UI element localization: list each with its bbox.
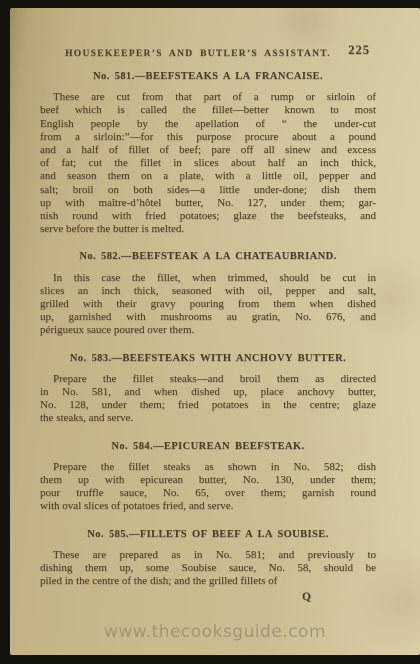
section-paragraph: Prepare the fillet steaks—and broil them… — [40, 373, 376, 426]
section-paragraph: These are prepared as in No. 581; and pr… — [40, 549, 376, 589]
text-line: In this case the fillet, when trimmed, s… — [40, 272, 376, 285]
signature-mark: Q — [40, 591, 376, 604]
text-line: No. 128, under them; fried potatoes in t… — [40, 399, 376, 412]
text-line: serve before the butter is melted. — [40, 223, 376, 236]
text-line: piled in the centre of the dish; and the… — [40, 575, 376, 588]
recipe-section: No. 581.—BEEFSTEAKS A LA FRANCAISE. Thes… — [40, 70, 376, 236]
text-line: These are cut from that part of a rump o… — [40, 91, 376, 104]
text-line: and season them on a plate, with a littl… — [40, 170, 376, 183]
text-line: dishing them up, some Soubise sauce, No.… — [40, 562, 376, 575]
section-heading: No. 585.—FILLETS OF BEEF A LA SOUBISE. — [40, 528, 376, 541]
text-line: English people by the apellation of “ th… — [40, 118, 376, 131]
section-paragraph: Prepare the fillet steaks as shown in No… — [40, 461, 376, 514]
scanned-book-page: HOUSEKEEPER’S AND BUTLER’S ASSISTANT. 22… — [10, 8, 420, 655]
recipe-section: No. 582.—BEEFSTEAK A LA CHATEAUBRIAND. I… — [40, 250, 376, 337]
text-line: périgueux sauce poured over them. — [40, 324, 376, 337]
section-heading: No. 582.—BEEFSTEAK A LA CHATEAUBRIAND. — [40, 250, 376, 263]
text-line: slices an inch thick, seasoned with oil,… — [40, 285, 376, 298]
recipe-sections: No. 581.—BEEFSTEAKS A LA FRANCAISE. Thes… — [40, 70, 376, 589]
section-heading: No. 584.—EPICUREAN BEEFSTEAK. — [40, 440, 376, 453]
text-line: These are prepared as in No. 581; and pr… — [40, 549, 376, 562]
text-line: up, garnished with mushrooms au gratin, … — [40, 311, 376, 324]
text-line: grilled with their gravy pouring from th… — [40, 298, 376, 311]
page-number: 225 — [348, 44, 370, 57]
section-heading: No. 583.—BEEFSTEAKS WITH ANCHOVY BUTTER. — [40, 352, 376, 365]
text-line: and a half of fillet of beef; pare off a… — [40, 144, 376, 157]
recipe-section: No. 584.—EPICUREAN BEEFSTEAK. Prepare th… — [40, 440, 376, 514]
running-head-title: HOUSEKEEPER’S AND BUTLER’S ASSISTANT. — [65, 48, 331, 61]
text-line: Prepare the fillet steaks—and broil them… — [40, 373, 376, 386]
text-line: with oval slices of potatoes fried, and … — [40, 500, 376, 513]
running-head: HOUSEKEEPER’S AND BUTLER’S ASSISTANT. 22… — [40, 47, 376, 60]
watermark: www.thecooksguide.com — [10, 622, 420, 642]
text-line: Prepare the fillet steaks as shown in No… — [40, 461, 376, 474]
text-line: them up with epicurean butter, No. 130, … — [40, 474, 376, 487]
section-paragraph: These are cut from that part of a rump o… — [40, 91, 376, 236]
text-line: in No. 581, and when dished up, place an… — [40, 386, 376, 399]
page-content: HOUSEKEEPER’S AND BUTLER’S ASSISTANT. 22… — [40, 8, 376, 604]
recipe-section: No. 585.—FILLETS OF BEEF A LA SOUBISE. T… — [40, 528, 376, 589]
text-line: the steaks, and serve. — [40, 412, 376, 425]
text-line: salt; broil on both sides—a little under… — [40, 184, 376, 197]
text-line: of fat; cut the fillet in slices about h… — [40, 157, 376, 170]
text-line: from a sirloin:”—for this purpose procur… — [40, 131, 376, 144]
text-line: pour truffle sauce, No. 65, over them; g… — [40, 487, 376, 500]
recipe-section: No. 583.—BEEFSTEAKS WITH ANCHOVY BUTTER.… — [40, 352, 376, 426]
section-paragraph: In this case the fillet, when trimmed, s… — [40, 272, 376, 338]
text-line: up with maître-d’hôtel butter, No. 127, … — [40, 197, 376, 210]
text-line: nish round with fried potatoes; glaze th… — [40, 210, 376, 223]
text-line: beef which is called the fillet—better k… — [40, 104, 376, 117]
section-heading: No. 581.—BEEFSTEAKS A LA FRANCAISE. — [40, 70, 376, 83]
